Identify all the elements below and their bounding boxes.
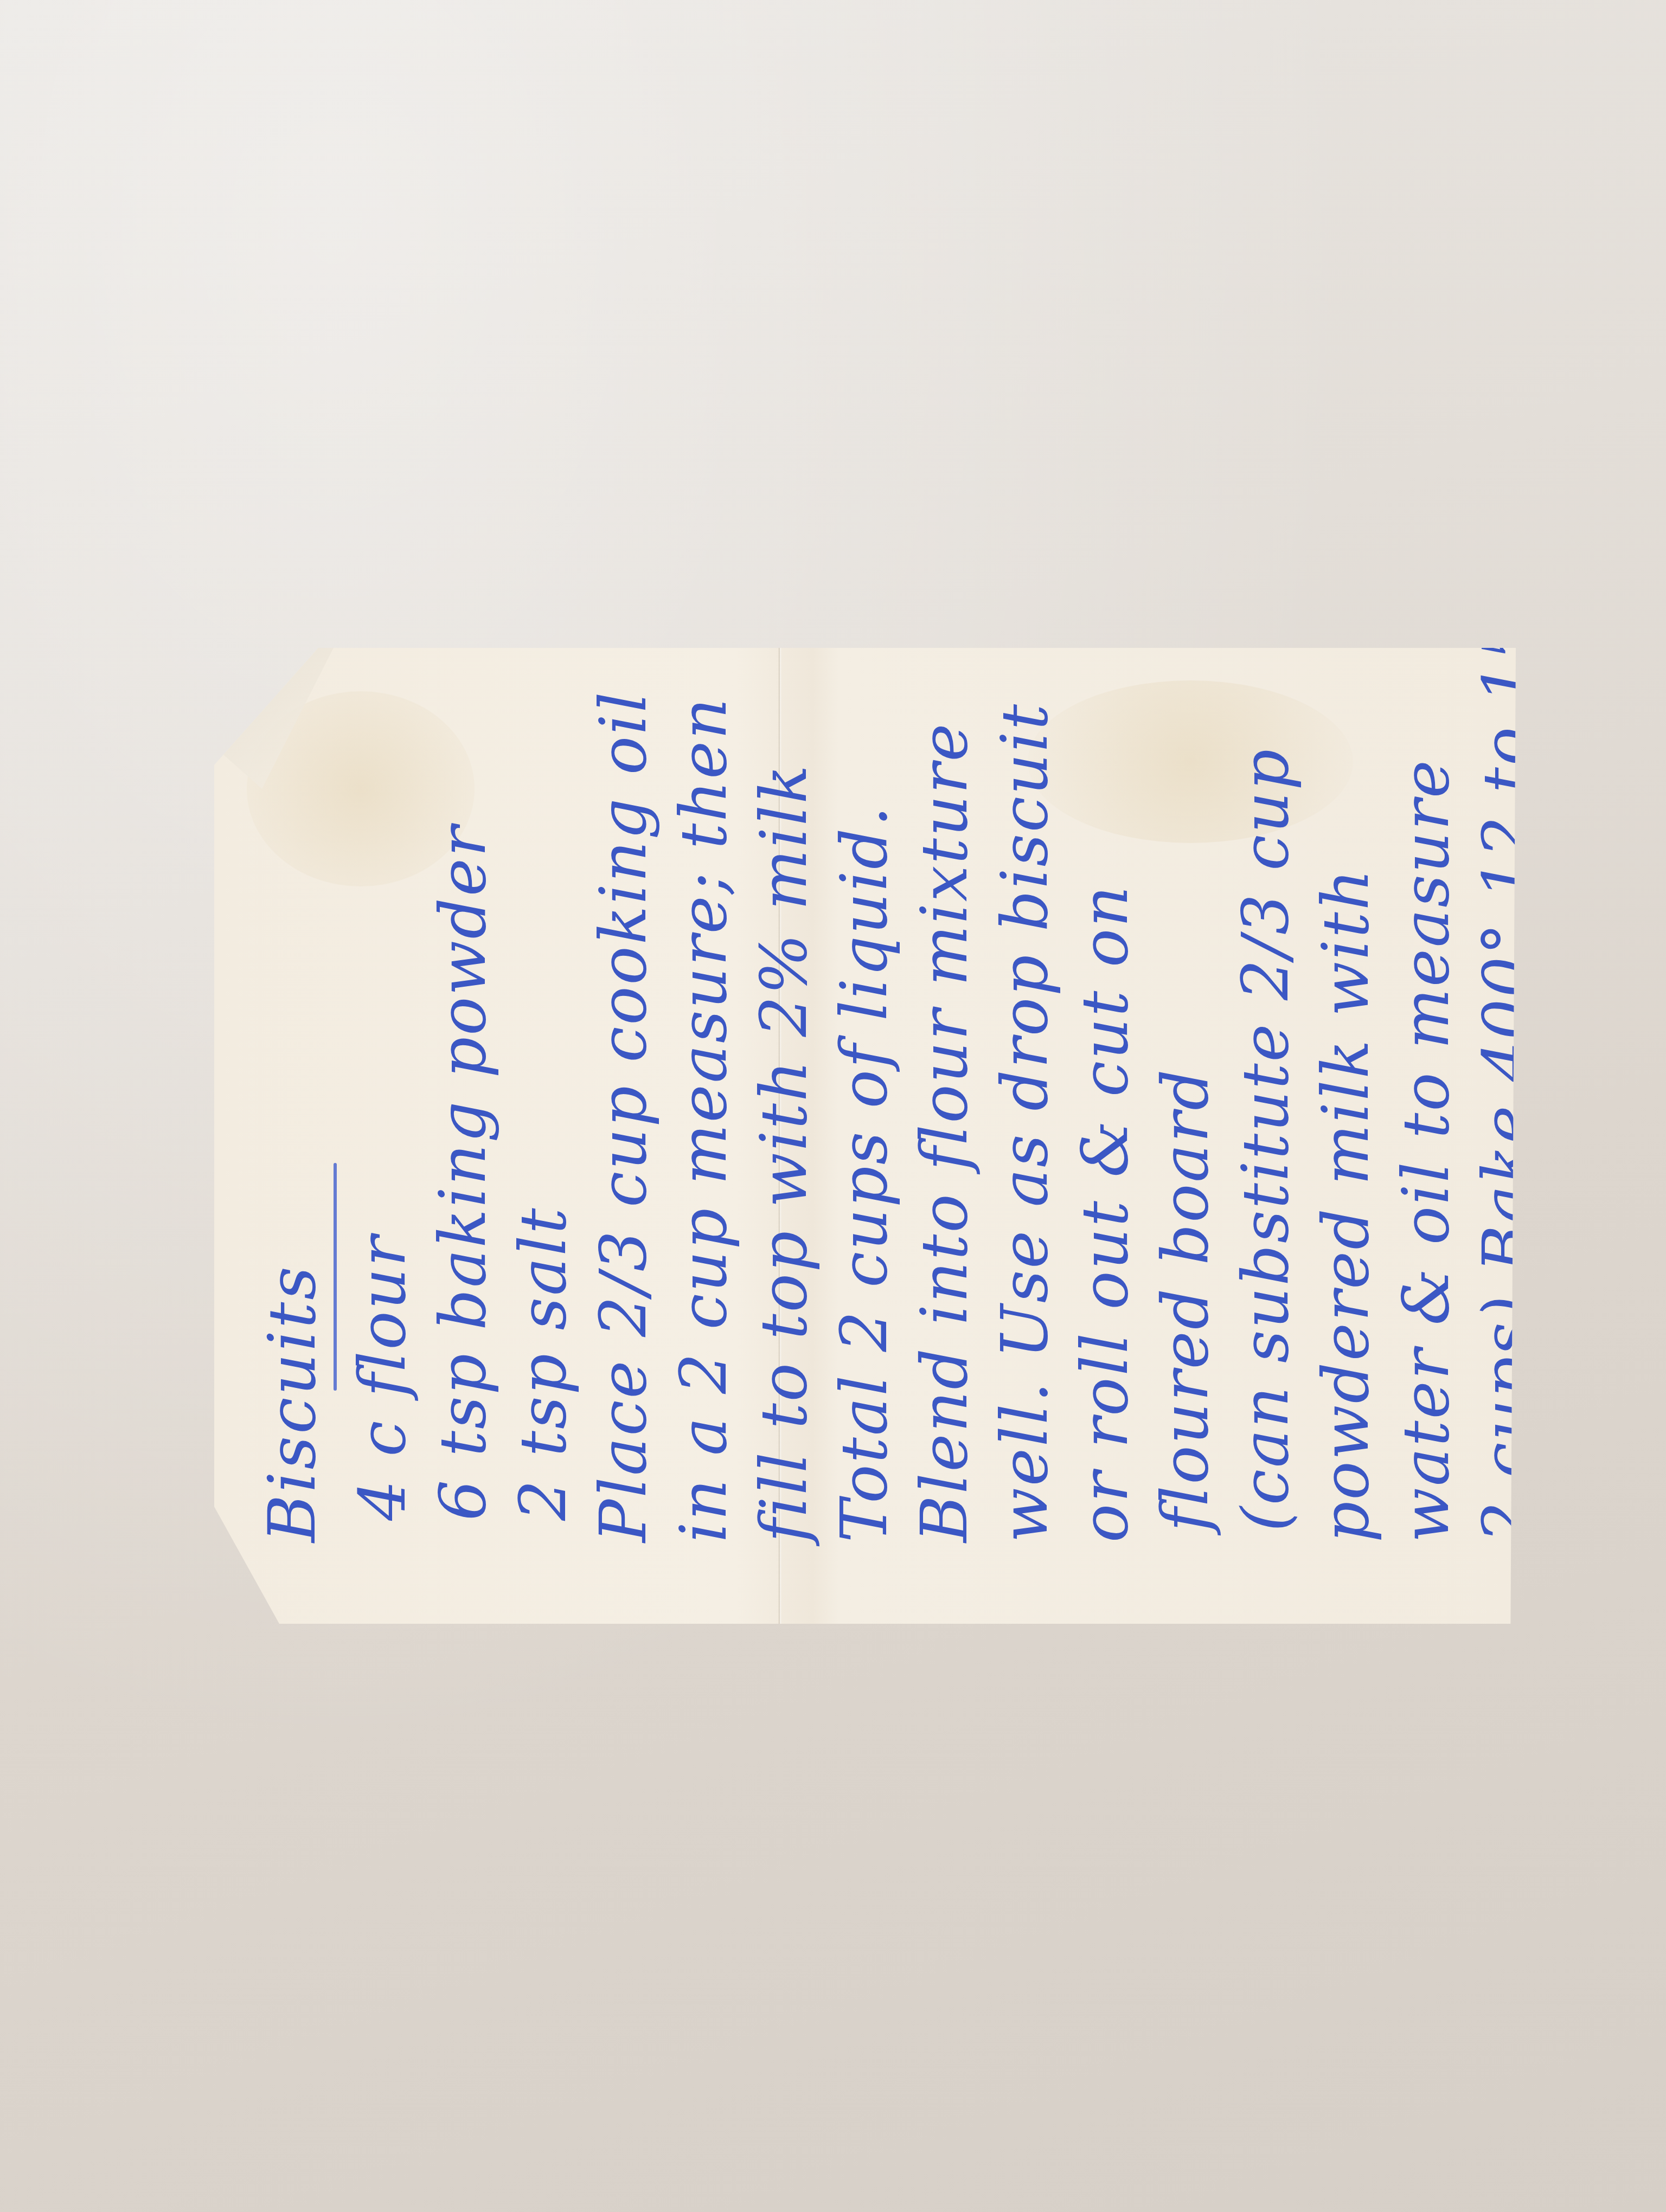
recipe-title: Biscuits <box>252 1264 334 1542</box>
bake-instruction-line: 2 cups) Bake 400° 12 to 15 min <box>1466 697 1546 1542</box>
instruction-line: Total 2 cups of liquid. <box>824 697 904 1542</box>
instruction-line: in a 2 cup measure; then <box>663 697 744 1542</box>
instruction-line: Blend into flour mixture <box>904 697 984 1542</box>
substitution-note-line: powdered milk with <box>1305 697 1386 1542</box>
instruction-line: fill to top with 2% milk <box>744 697 824 1542</box>
instruction-line: or roll out & cut on <box>1065 697 1145 1542</box>
handwritten-recipe: Biscuits 4 c flour 6 tsp baking powder 2… <box>214 648 1516 1624</box>
ingredient-line: 2 tsp salt <box>503 697 583 1542</box>
substitution-note-line: water & oil to measure <box>1386 697 1466 1542</box>
instruction-line: Place 2/3 cup cooking oil <box>583 697 663 1542</box>
ingredient-line: 4 c flour <box>342 697 422 1542</box>
ingredient-line: 6 tsp baking powder <box>422 697 503 1542</box>
instruction-line: floured board <box>1145 697 1225 1542</box>
recipe-card: Biscuits 4 c flour 6 tsp baking powder 2… <box>214 648 1516 1624</box>
instruction-line: well. Use as drop biscuit <box>984 697 1065 1542</box>
title-underline <box>334 1163 337 1391</box>
substitution-note-line: (can substitute 2/3 cup <box>1225 697 1305 1542</box>
